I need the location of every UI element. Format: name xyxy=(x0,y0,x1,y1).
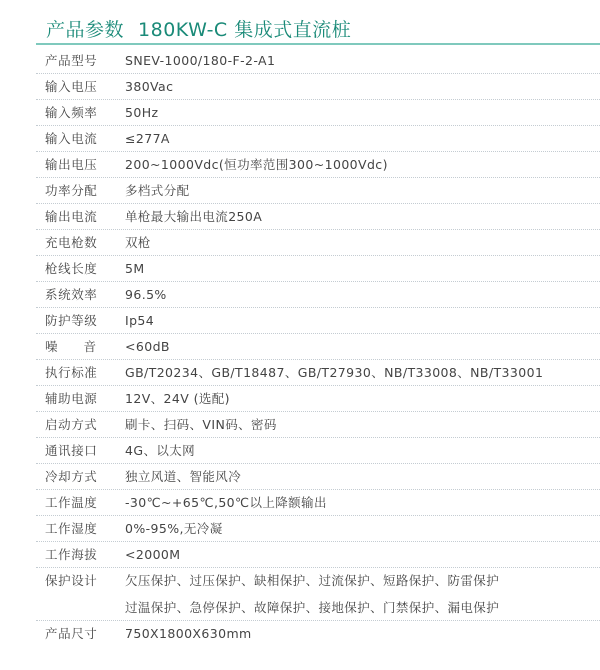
section-header: 产品参数180KW-C 集成式直流桩 xyxy=(36,8,600,45)
spec-row-output-current: 输出电流 单枪最大输出电流250A xyxy=(36,204,600,230)
spec-row-start-method: 启动方式 刷卡、扫码、VIN码、密码 xyxy=(36,412,600,438)
spec-label: 防护等级 xyxy=(36,308,125,334)
spec-value: -30℃~+65℃,50℃以上降额输出 xyxy=(125,490,327,516)
spec-label: 功率分配 xyxy=(36,178,125,204)
spec-row-cooling: 冷却方式 独立风道、智能风冷 xyxy=(36,464,600,490)
spec-value: SNEV-1000/180-F-2-A1 xyxy=(125,48,275,74)
spec-value: 欠压保护、过压保护、缺相保护、过流保护、短路保护、防雷保护 过温保护、急停保护、… xyxy=(125,568,499,621)
spec-row-standards: 执行标准 GB/T20234、GB/T18487、GB/T27930、NB/T3… xyxy=(36,360,600,386)
spec-label: 产品型号 xyxy=(36,48,125,74)
spec-value: ≤277A xyxy=(125,126,170,152)
spec-label: 保护设计 xyxy=(36,568,125,594)
spec-value: 96.5% xyxy=(125,282,167,308)
spec-value: 多档式分配 xyxy=(125,178,190,204)
spec-label: 噪音 xyxy=(36,334,125,360)
spec-value-line: 过温保护、急停保护、故障保护、接地保护、门禁保护、漏电保护 xyxy=(125,595,499,622)
spec-row-temperature: 工作温度 -30℃~+65℃,50℃以上降额输出 xyxy=(36,490,600,516)
spec-value: GB/T20234、GB/T18487、GB/T27930、NB/T33008、… xyxy=(125,360,543,386)
spec-row-protection-grade: 防护等级 Ip54 xyxy=(36,308,600,334)
spec-row-cable-length: 枪线长度 5M xyxy=(36,256,600,282)
spec-row-protection-design: 保护设计 欠压保护、过压保护、缺相保护、过流保护、短路保护、防雷保护 过温保护、… xyxy=(36,568,600,621)
spec-value: 刷卡、扫码、VIN码、密码 xyxy=(125,412,277,438)
spec-value: 380Vac xyxy=(125,74,173,100)
spec-row-model: 产品型号 SNEV-1000/180-F-2-A1 xyxy=(36,48,600,74)
spec-label: 枪线长度 xyxy=(36,256,125,282)
spec-value: 12V、24V (选配) xyxy=(125,386,230,412)
title-label: 产品参数 xyxy=(46,19,124,41)
spec-table: 产品型号 SNEV-1000/180-F-2-A1 输入电压 380Vac 输入… xyxy=(36,48,600,647)
spec-label: 启动方式 xyxy=(36,412,125,438)
spec-value: 单枪最大输出电流250A xyxy=(125,204,262,230)
spec-row-input-frequency: 输入频率 50Hz xyxy=(36,100,600,126)
spec-row-communication: 通讯接口 4G、以太网 xyxy=(36,438,600,464)
spec-value: 4G、以太网 xyxy=(125,438,195,464)
spec-row-aux-power: 辅助电源 12V、24V (选配) xyxy=(36,386,600,412)
spec-row-output-voltage: 输出电压 200~1000Vdc(恒功率范围300~1000Vdc) xyxy=(36,152,600,178)
spec-row-humidity: 工作湿度 0%-95%,无冷凝 xyxy=(36,516,600,542)
spec-value: <2000M xyxy=(125,542,180,568)
spec-label: 输入电压 xyxy=(36,74,125,100)
spec-value: 双枪 xyxy=(125,230,151,256)
spec-label: 输出电流 xyxy=(36,204,125,230)
spec-value: 5M xyxy=(125,256,145,282)
spec-value-line: 欠压保护、过压保护、缺相保护、过流保护、短路保护、防雷保护 xyxy=(125,568,499,595)
spec-row-efficiency: 系统效率 96.5% xyxy=(36,282,600,308)
spec-value: <60dB xyxy=(125,334,170,360)
spec-row-input-voltage: 输入电压 380Vac xyxy=(36,74,600,100)
spec-row-dimensions: 产品尺寸 750X1800X630mm xyxy=(36,621,600,647)
spec-row-power-distribution: 功率分配 多档式分配 xyxy=(36,178,600,204)
spec-value: 750X1800X630mm xyxy=(125,621,252,647)
spec-label: 输入频率 xyxy=(36,100,125,126)
spec-value: 50Hz xyxy=(125,100,158,126)
spec-label: 辅助电源 xyxy=(36,386,125,412)
spec-label-char: 噪 xyxy=(45,339,58,354)
spec-label: 冷却方式 xyxy=(36,464,125,490)
spec-row-gun-count: 充电枪数 双枪 xyxy=(36,230,600,256)
spec-row-altitude: 工作海拔 <2000M xyxy=(36,542,600,568)
spec-label: 工作海拔 xyxy=(36,542,125,568)
spec-label: 输出电压 xyxy=(36,152,125,178)
spec-label: 工作湿度 xyxy=(36,516,125,542)
spec-value: 独立风道、智能风冷 xyxy=(125,464,241,490)
spec-row-noise: 噪音 <60dB xyxy=(36,334,600,360)
spec-label: 充电枪数 xyxy=(36,230,125,256)
spec-value: 0%-95%,无冷凝 xyxy=(125,516,223,542)
spec-label: 系统效率 xyxy=(36,282,125,308)
spec-label: 执行标准 xyxy=(36,360,125,386)
spec-label: 输入电流 xyxy=(36,126,125,152)
spec-label: 通讯接口 xyxy=(36,438,125,464)
spec-row-input-current: 输入电流 ≤277A xyxy=(36,126,600,152)
spec-label: 产品尺寸 xyxy=(36,621,125,647)
page-title: 产品参数180KW-C 集成式直流桩 xyxy=(46,15,351,42)
spec-label: 工作温度 xyxy=(36,490,125,516)
spec-label-char: 音 xyxy=(84,339,97,354)
spec-value: Ip54 xyxy=(125,308,154,334)
spec-value: 200~1000Vdc(恒功率范围300~1000Vdc) xyxy=(125,152,388,178)
product-name: 180KW-C 集成式直流桩 xyxy=(138,19,351,41)
